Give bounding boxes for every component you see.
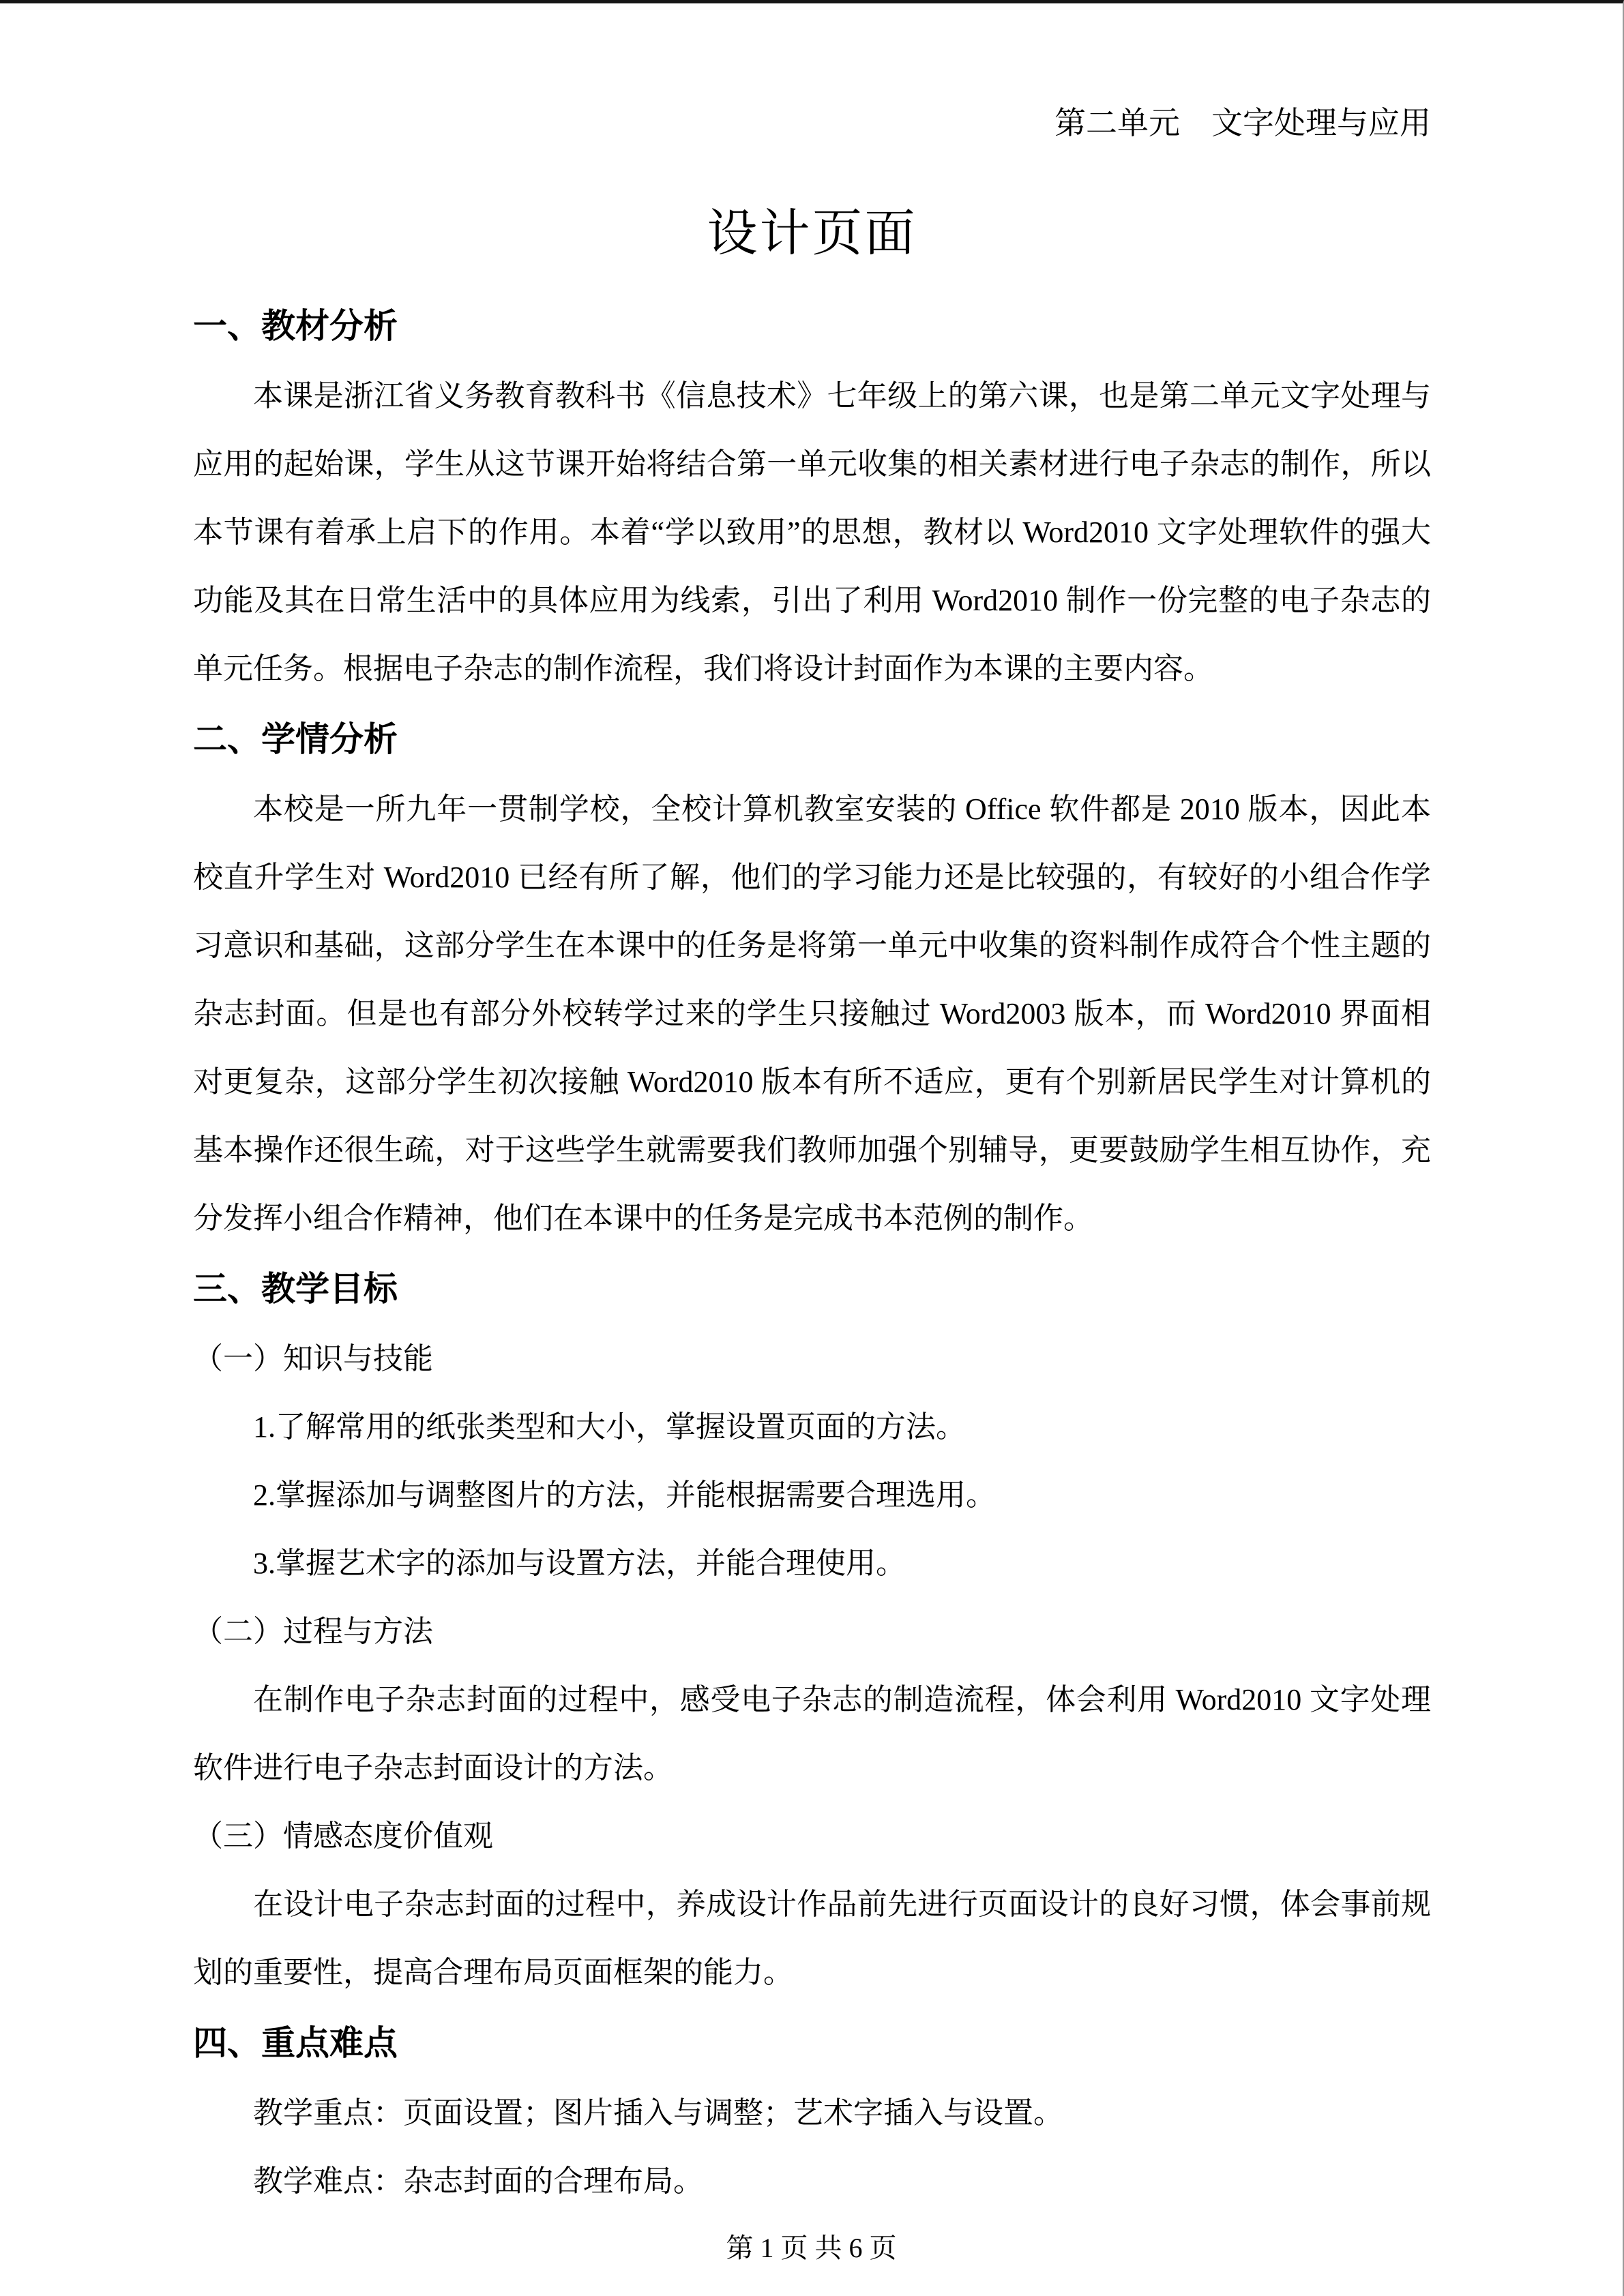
page-number-indicator: 第 1 页 共 6 页 — [0, 2232, 1623, 2265]
section-4-heading: 四、重点难点 — [193, 2007, 1431, 2079]
affective-values-paragraph: 在设计电子杂志封面的过程中，养成设计作品前先进行页面设计的良好习惯，体会事前规划… — [193, 1870, 1431, 2007]
document-title: 设计页面 — [193, 203, 1431, 264]
section-1-paragraph: 本课是浙江省义务教育教科书《信息技术》七年级上的第六课，也是第二单元文字处理与应… — [193, 362, 1431, 703]
teaching-difficulties: 教学难点：杂志封面的合理布局。 — [193, 2147, 1431, 2216]
section-3-heading: 三、教学目标 — [193, 1253, 1431, 1325]
teaching-key-points: 教学重点：页面设置；图片插入与调整；艺术字插入与设置。 — [193, 2079, 1431, 2147]
objective-item-3: 3.掌握艺术字的添加与设置方法，并能合理使用。 — [193, 1530, 1431, 1598]
page-header-unit-label: 第二单元 文字处理与应用 — [193, 104, 1431, 143]
section-3-subheading-affective-values: （三）情感态度价值观 — [193, 1802, 1431, 1870]
process-method-paragraph: 在制作电子杂志封面的过程中，感受电子杂志的制造流程，体会利用 Word2010 … — [193, 1666, 1431, 1802]
section-3-subheading-process-method: （二）过程与方法 — [193, 1598, 1431, 1666]
section-3-subheading-knowledge-skills: （一）知识与技能 — [193, 1325, 1431, 1393]
section-2-paragraph: 本校是一所九年一贯制学校，全校计算机教室安装的 Office 软件都是 2010… — [193, 775, 1431, 1253]
document-page: 第二单元 文字处理与应用 设计页面 一、教材分析 本课是浙江省义务教育教科书《信… — [0, 0, 1624, 2296]
section-2-heading: 二、学情分析 — [193, 703, 1431, 775]
objective-item-1: 1.了解常用的纸张类型和大小，掌握设置页面的方法。 — [193, 1393, 1431, 1461]
section-1-heading: 一、教材分析 — [193, 290, 1431, 362]
objective-item-2: 2.掌握添加与调整图片的方法，并能根据需要合理选用。 — [193, 1461, 1431, 1530]
